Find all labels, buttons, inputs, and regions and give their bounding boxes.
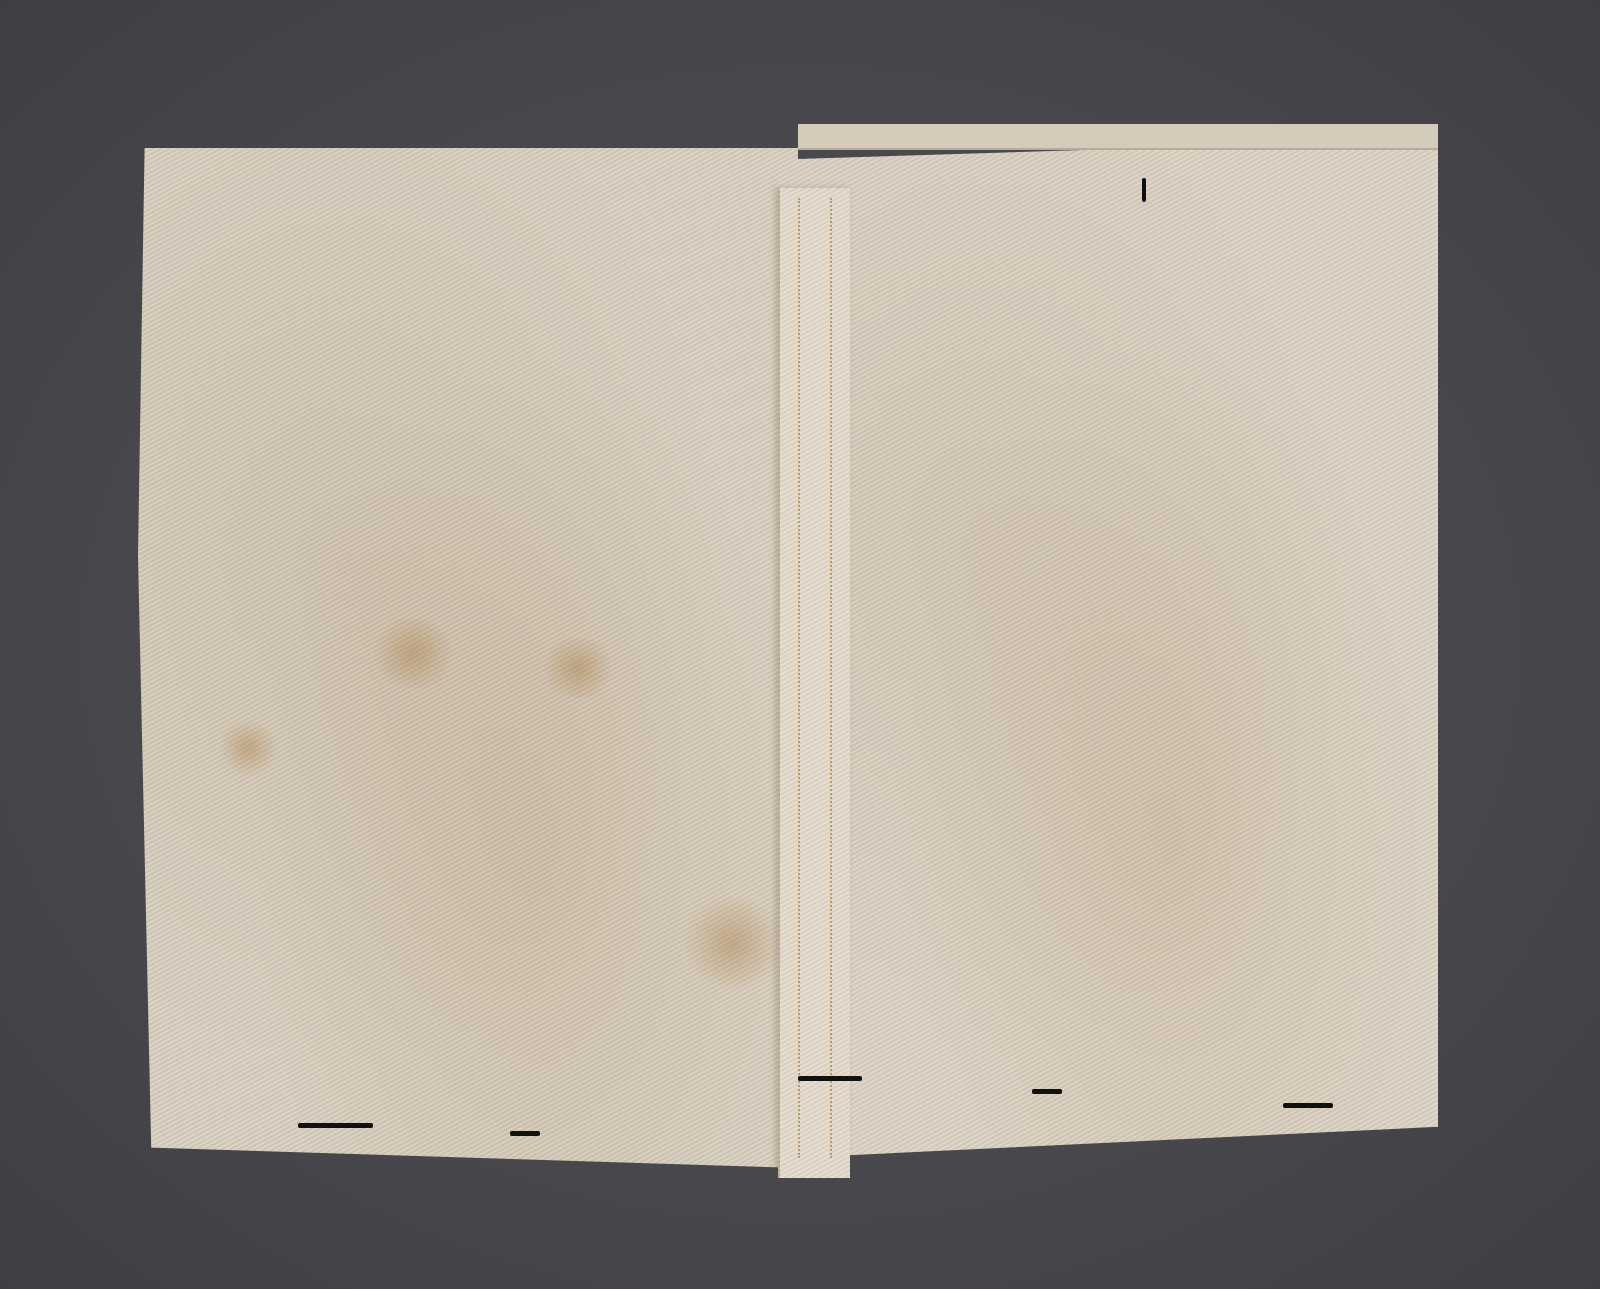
ink-mark bbox=[798, 1076, 862, 1081]
armband-seam-fold bbox=[778, 188, 850, 1178]
ink-mark bbox=[510, 1131, 540, 1136]
seam-stitch-line bbox=[798, 198, 800, 1158]
armband-right-panel bbox=[778, 118, 1438, 1158]
armband-top-hem bbox=[798, 124, 1438, 150]
stain bbox=[368, 618, 458, 688]
stain bbox=[218, 718, 278, 778]
ink-mark bbox=[1032, 1089, 1062, 1094]
ink-mark bbox=[298, 1123, 373, 1128]
fabric-armband bbox=[138, 118, 1438, 1178]
armband-left-panel bbox=[138, 148, 798, 1168]
seam-stitch-line bbox=[830, 198, 832, 1158]
ink-mark bbox=[1283, 1103, 1333, 1108]
stain bbox=[538, 638, 618, 698]
ink-mark bbox=[1142, 178, 1146, 202]
stain bbox=[678, 898, 788, 988]
